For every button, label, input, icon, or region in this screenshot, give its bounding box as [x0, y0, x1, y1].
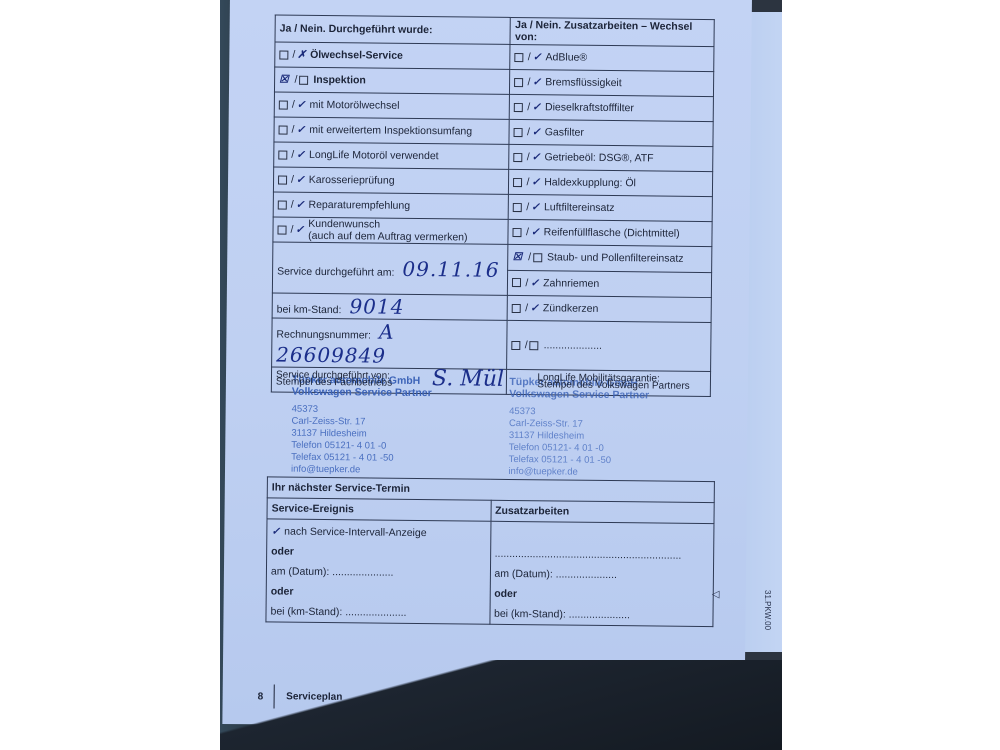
right-item-diesel-filter: /✓Dieselkraftstofffilter	[510, 94, 714, 121]
check-mark-icon: ✓	[532, 76, 541, 88]
right-item-blank: / ....................	[507, 320, 711, 371]
next-date-field-right: am (Datum): .....................	[494, 564, 709, 586]
next-date-field: am (Datum): .....................	[271, 561, 486, 583]
right-item-adblue: /✓AdBlue®	[510, 44, 714, 71]
col-additional-work: Zusatzarbeiten	[490, 500, 714, 523]
check-mark-icon: ✓	[271, 525, 280, 537]
left-item-oilchange: /✗Ölwechsel-Service	[275, 42, 511, 69]
right-item-air-filter: /✓Luftfiltereinsatz	[509, 194, 713, 221]
check-mark-icon: ✓	[533, 51, 542, 63]
checkbox-yes[interactable]	[512, 341, 521, 350]
right-header: Ja / Nein. Zusatzarbeiten – Wechsel von:	[510, 17, 714, 46]
check-mark-icon: ✓	[295, 223, 304, 235]
check-mark-icon: ✓	[532, 151, 541, 163]
checkbox-yes[interactable]	[514, 128, 523, 137]
signature: S. Mül	[432, 366, 504, 392]
dealer-stamp: Tüpker automobile GmbH Volkswagen Servic…	[291, 374, 432, 477]
check-mark-icon: ✓	[296, 124, 305, 136]
checkbox-yes[interactable]	[512, 278, 521, 287]
checkbox-no[interactable]	[533, 253, 542, 262]
stamp-footer-left: Stempel des Fachbetriebs	[276, 377, 392, 389]
checkbox-yes[interactable]	[513, 203, 522, 212]
checkbox-yes[interactable]	[514, 78, 523, 87]
right-item-pollen-filter: ☒/ Staub- und Pollenfiltereinsatz	[508, 244, 712, 272]
right-item-gas-filter: /✓Gasfilter	[509, 119, 713, 146]
right-item-tire-sealant: /✓Reifenfüllflasche (Dichtmittel)	[508, 219, 712, 246]
service-plan-page: Ja / Nein. Durchgeführt wurde: Ja / Nein…	[222, 0, 752, 729]
left-item-inspection: ☒/ Inspektion	[274, 67, 510, 94]
right-item-timing-belt: /✓Zahnriemen	[508, 270, 712, 298]
checkbox-yes[interactable]	[512, 304, 521, 313]
checkbox-yes[interactable]	[514, 153, 523, 162]
handwritten-invoice: A 26609849	[276, 320, 394, 368]
checkbox-yes[interactable]	[514, 103, 523, 112]
check-mark-icon: ✓	[297, 99, 306, 111]
side-code: 31.PKW.00	[763, 590, 772, 630]
left-item-body-check: /✓Karosserieprüfung	[273, 167, 509, 194]
left-item-motor-oil: /✓mit Motorölwechsel	[274, 92, 510, 119]
right-item-spark-plugs: /✓Zündkerzen	[508, 295, 712, 322]
col-service-event: Service-Ereignis	[267, 498, 491, 521]
checkbox-yes[interactable]	[279, 125, 288, 134]
checkbox-no[interactable]	[530, 341, 539, 350]
right-item-gear-oil: /✓Getriebeöl: DSG®, ATF	[509, 144, 713, 171]
next-km-field-right: bei (km-Stand): .....................	[494, 604, 709, 626]
check-mark-icon: ✓	[530, 277, 539, 289]
dealer-stamp-cell: Tüpker automobile GmbH Volkswagen Servic…	[271, 367, 507, 394]
left-item-customer-wish: /✓Kundenwunsch(auch auf dem Auftrag verm…	[273, 217, 509, 244]
check-mark-icon: ✓	[532, 101, 541, 113]
checkbox-yes[interactable]	[515, 53, 524, 62]
invoice-field: Rechnungsnummer:A 26609849	[272, 318, 508, 369]
checkbox-yes[interactable]	[278, 200, 287, 209]
left-item-longlife: /✓LongLife Motoröl verwendet	[274, 142, 510, 169]
right-item-brake-fluid: /✓Bremsflüssigkeit	[510, 69, 714, 96]
check-mark-icon: ✓	[296, 174, 305, 186]
checkbox-yes[interactable]	[513, 178, 522, 187]
next-service-table: Ihr nächster Service-Termin Service-Erei…	[265, 476, 715, 627]
right-item-haldex: /✓Haldexkupplung: Öl	[509, 169, 713, 196]
checkbox-no[interactable]	[299, 75, 308, 84]
service-table: Ja / Nein. Durchgeführt wurde: Ja / Nein…	[271, 14, 715, 397]
check-mark-icon: ✓	[531, 201, 540, 213]
left-header: Ja / Nein. Durchgeführt wurde:	[275, 15, 511, 44]
checkbox-yes[interactable]	[278, 175, 287, 184]
check-mark-icon: ✓	[296, 199, 305, 211]
binder-edge	[220, 660, 782, 750]
left-item-repair: /✓Reparaturempfehlung	[273, 192, 509, 219]
checkbox-yes[interactable]	[513, 228, 522, 237]
checkbox-yes[interactable]	[279, 100, 288, 109]
check-mark-icon: ☒	[279, 74, 289, 86]
left-item-extended: /✓mit erweitertem Inspektionsumfang	[274, 117, 510, 144]
checkbox-yes[interactable]	[278, 150, 287, 159]
photo-background: 31.PKW.00 Ja / Nein. Durchgeführt wurde:…	[220, 0, 782, 750]
check-mark-icon: ☒	[513, 251, 523, 263]
check-mark-icon: ✓	[296, 149, 305, 161]
checkbox-yes[interactable]	[277, 225, 286, 234]
partner-stamp-cell: Tüpker automobile GmbH Volkswagen Servic…	[507, 369, 711, 396]
check-mark-icon: ✓	[532, 126, 541, 138]
handwritten-date: 09.11.16	[402, 257, 499, 282]
km-field: bei km-Stand:9014	[272, 293, 508, 320]
next-km-field: bei (km-Stand): .....................	[270, 601, 485, 623]
check-mark-icon: ✗	[297, 49, 306, 61]
partner-stamp: Tüpker automobile GmbH Volkswagen Servic…	[508, 376, 649, 479]
service-date-field: Service durchgeführt am:09.11.16	[272, 242, 508, 295]
check-mark-icon: ✓	[530, 302, 539, 314]
check-mark-icon: ✓	[531, 226, 540, 238]
service-event-cell: ✓nach Service-Intervall-Anzeige oder am …	[266, 519, 491, 624]
stamp-footer-right: Stempel des Volkswagen Partners	[537, 379, 689, 392]
triangle-marker-icon: ◁	[712, 589, 720, 600]
checkbox-yes[interactable]	[279, 50, 288, 59]
check-mark-icon: ✓	[531, 176, 540, 188]
additional-work-cell: ........................................…	[489, 521, 714, 626]
handwritten-km: 9014	[349, 294, 404, 319]
